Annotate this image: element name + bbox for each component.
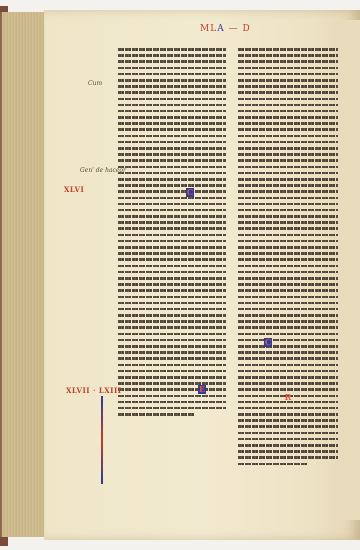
text-line <box>118 265 226 268</box>
chapter-rubric: XLVII · LXIII <box>66 386 122 395</box>
text-line <box>238 147 338 150</box>
text-line <box>118 104 226 107</box>
text-line <box>238 215 338 218</box>
text-line <box>238 357 338 360</box>
text-line <box>238 135 338 138</box>
text-line <box>118 370 226 373</box>
text-line <box>238 178 338 181</box>
text-line <box>238 172 338 175</box>
chapter-rubric: XLVI <box>64 185 84 194</box>
text-line <box>118 240 226 243</box>
text-line <box>238 141 338 144</box>
text-line <box>118 326 226 329</box>
text-line <box>238 240 338 243</box>
text-line <box>118 60 226 63</box>
text-line <box>238 438 338 441</box>
text-line <box>118 314 226 317</box>
text-line <box>238 283 338 286</box>
text-line <box>238 407 338 410</box>
text-line <box>118 271 226 274</box>
initial-flourish <box>101 396 103 484</box>
text-line <box>238 104 338 107</box>
text-line <box>118 197 226 200</box>
text-line <box>238 116 338 119</box>
text-line <box>238 166 338 169</box>
text-line <box>118 73 226 76</box>
text-line <box>118 376 226 379</box>
text-line <box>238 209 338 212</box>
text-line <box>238 314 338 317</box>
text-line <box>118 258 226 261</box>
text-line <box>238 122 338 125</box>
text-line <box>118 79 226 82</box>
text-line <box>118 339 226 342</box>
text-line <box>118 172 226 175</box>
decorated-initial: R <box>284 393 292 402</box>
text-line <box>118 302 226 305</box>
text-line <box>118 283 226 286</box>
text-line <box>118 221 226 224</box>
marginal-note: Gen' de haceor <box>80 167 126 174</box>
text-line <box>238 79 338 82</box>
text-line <box>118 215 226 218</box>
text-line <box>118 320 226 323</box>
text-line <box>238 48 338 51</box>
text-line <box>238 302 338 305</box>
text-line <box>238 351 338 354</box>
text-line <box>238 153 338 156</box>
text-column-left <box>118 48 226 428</box>
text-line <box>118 333 226 336</box>
text-line <box>118 91 226 94</box>
text-line <box>238 308 338 311</box>
text-line <box>118 413 194 416</box>
text-line <box>238 54 338 57</box>
text-line <box>118 246 226 249</box>
text-line <box>238 345 338 348</box>
text-line <box>118 190 226 193</box>
text-line <box>118 122 226 125</box>
text-line <box>118 345 226 348</box>
text-line <box>118 203 226 206</box>
text-line <box>238 450 338 453</box>
text-line <box>118 166 226 169</box>
text-line <box>118 135 226 138</box>
text-line <box>238 128 338 131</box>
text-line <box>238 444 338 447</box>
text-line <box>238 320 338 323</box>
text-line <box>238 252 338 255</box>
text-line <box>118 364 226 367</box>
text-line <box>118 184 226 187</box>
text-line <box>238 271 338 274</box>
marginal-note: Cum <box>88 80 102 87</box>
text-line <box>118 85 226 88</box>
header-red: ML <box>200 24 217 34</box>
text-line <box>238 376 338 379</box>
text-line <box>238 73 338 76</box>
decorated-initial: C <box>264 338 272 347</box>
text-line <box>238 110 338 113</box>
text-line <box>238 190 338 193</box>
text-line <box>118 296 226 299</box>
text-line <box>238 277 338 280</box>
text-line <box>238 419 338 422</box>
text-line <box>118 141 226 144</box>
text-line <box>238 463 308 466</box>
text-line <box>238 425 338 428</box>
text-line <box>238 333 338 336</box>
text-line <box>118 153 226 156</box>
text-line <box>118 351 226 354</box>
text-line <box>118 308 226 311</box>
text-line <box>238 184 338 187</box>
text-line <box>118 159 226 162</box>
text-line <box>238 388 338 391</box>
text-column-right <box>238 48 338 468</box>
text-line <box>238 364 338 367</box>
text-line <box>238 159 338 162</box>
text-line <box>118 395 226 398</box>
text-line <box>238 296 338 299</box>
running-header: MLA — D <box>200 24 251 34</box>
text-line <box>118 289 226 292</box>
header-blue: A <box>217 24 225 34</box>
text-line <box>118 147 226 150</box>
text-line <box>118 48 226 51</box>
text-line <box>238 432 338 435</box>
text-line <box>118 407 226 410</box>
text-line <box>118 388 226 391</box>
text-line <box>238 326 338 329</box>
text-line <box>238 289 338 292</box>
text-line <box>118 128 226 131</box>
text-line <box>118 67 226 70</box>
text-line <box>238 456 338 459</box>
text-line <box>118 178 226 181</box>
text-line <box>118 357 226 360</box>
text-line <box>118 54 226 57</box>
text-line <box>118 227 226 230</box>
text-line <box>238 370 338 373</box>
decorated-initial: C <box>186 188 194 197</box>
text-line <box>238 91 338 94</box>
text-line <box>238 67 338 70</box>
text-line <box>238 60 338 63</box>
text-line <box>118 98 226 101</box>
text-line <box>238 258 338 261</box>
text-line <box>118 382 226 385</box>
text-line <box>118 234 226 237</box>
text-line <box>238 382 338 385</box>
text-line <box>238 265 338 268</box>
text-line <box>238 98 338 101</box>
text-line <box>238 339 338 342</box>
text-line <box>238 197 338 200</box>
text-line <box>118 252 226 255</box>
text-line <box>118 116 226 119</box>
text-line <box>118 209 226 212</box>
text-line <box>238 221 338 224</box>
decorated-initial: E <box>198 385 206 394</box>
text-line <box>118 110 226 113</box>
text-line <box>238 227 338 230</box>
text-line <box>238 234 338 237</box>
page-edges <box>0 12 46 537</box>
facing-page-edge <box>340 20 360 520</box>
text-line <box>118 277 226 280</box>
text-line <box>238 413 338 416</box>
text-line <box>238 246 338 249</box>
text-line <box>118 401 226 404</box>
text-line <box>238 203 338 206</box>
text-line <box>238 85 338 88</box>
manuscript-photo: MLA — D Cum Gen' de haceor XLVI XLVII · … <box>0 0 360 550</box>
